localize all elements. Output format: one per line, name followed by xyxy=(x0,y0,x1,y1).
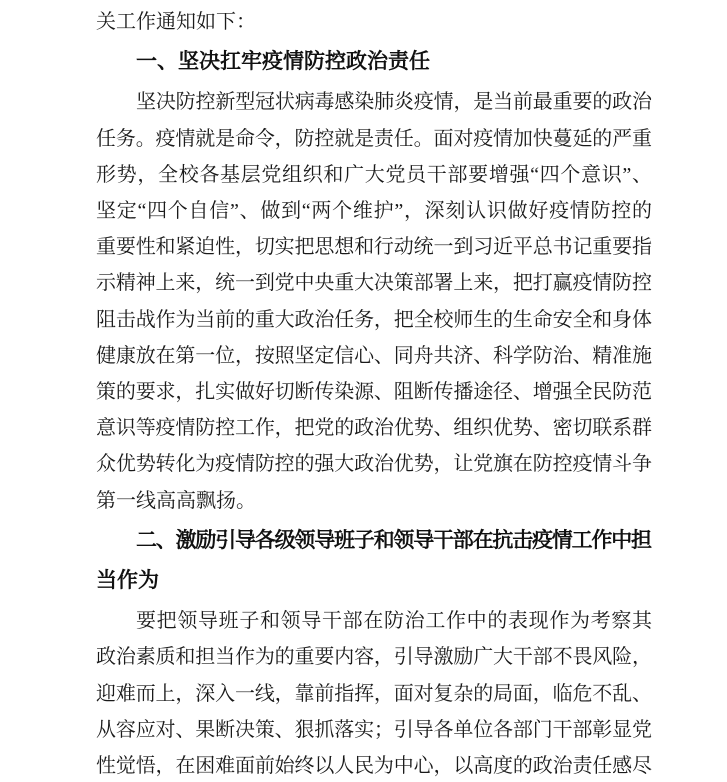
text-line: 坚决防控新型冠状病毒感染肺炎疫情，是当前最重要的政治 xyxy=(96,84,652,120)
text-line: 要把领导班子和领导干部在防治工作中的表现作为考察其 xyxy=(96,603,652,639)
text-line: 策的要求，扎实做好切断传染源、阻断传播途径、增强全民防范 xyxy=(96,374,652,410)
text-line: 一、坚决扛牢疫情防控政治责任 xyxy=(96,44,652,80)
text-line: 第一线高高飘扬。 xyxy=(96,483,652,519)
text-line: 意识等疫情防控工作，把党的政治优势、组织优势、密切联系群 xyxy=(96,410,652,446)
text-line: 坚定“四个自信”、做到“两个维护”，深刻认识做好疫情防控的 xyxy=(96,193,652,229)
text-line: 当作为 xyxy=(96,563,652,599)
text-line: 迎难而上，深入一线，靠前指挥，面对复杂的局面，临危不乱、 xyxy=(96,676,652,712)
text-line: 重要性和紧迫性，切实把思想和行动统一到习近平总书记重要指 xyxy=(96,229,652,265)
text-line: 形势，全校各基层党组织和广大党员干部要增强“四个意识”、 xyxy=(96,157,652,193)
text-line: 政治素质和担当作为的重要内容，引导激励广大干部不畏风险， xyxy=(96,639,652,675)
text-line: 性觉悟，在困难面前始终以人民为中心，以高度的政治责任感尽 xyxy=(96,748,652,782)
document-page: 关工作通知如下：一、坚决扛牢疫情防控政治责任坚决防控新型冠状病毒感染肺炎疫情，是… xyxy=(0,0,727,782)
text-line: 健康放在第一位，按照坚定信心、同舟共济、科学防治、精准施 xyxy=(96,338,652,374)
document-text-column: 关工作通知如下：一、坚决扛牢疫情防控政治责任坚决防控新型冠状病毒感染肺炎疫情，是… xyxy=(96,4,652,782)
text-line: 任务。疫情就是命令，防控就是责任。面对疫情加快蔓延的严重 xyxy=(96,121,652,157)
text-line: 二、激励引导各级领导班子和领导干部在抗击疫情工作中担 xyxy=(96,523,652,559)
text-line: 阻击战作为当前的重大政治任务，把全校师生的生命安全和身体 xyxy=(96,302,652,338)
text-line: 从容应对、果断决策、狠抓落实；引导各单位各部门干部彰显党 xyxy=(96,712,652,748)
text-line: 众优势转化为疫情防控的强大政治优势，让党旗在防控疫情斗争 xyxy=(96,446,652,482)
text-line: 关工作通知如下： xyxy=(96,4,652,40)
text-line: 示精神上来，统一到党中央重大决策部署上来，把打赢疫情防控 xyxy=(96,265,652,301)
